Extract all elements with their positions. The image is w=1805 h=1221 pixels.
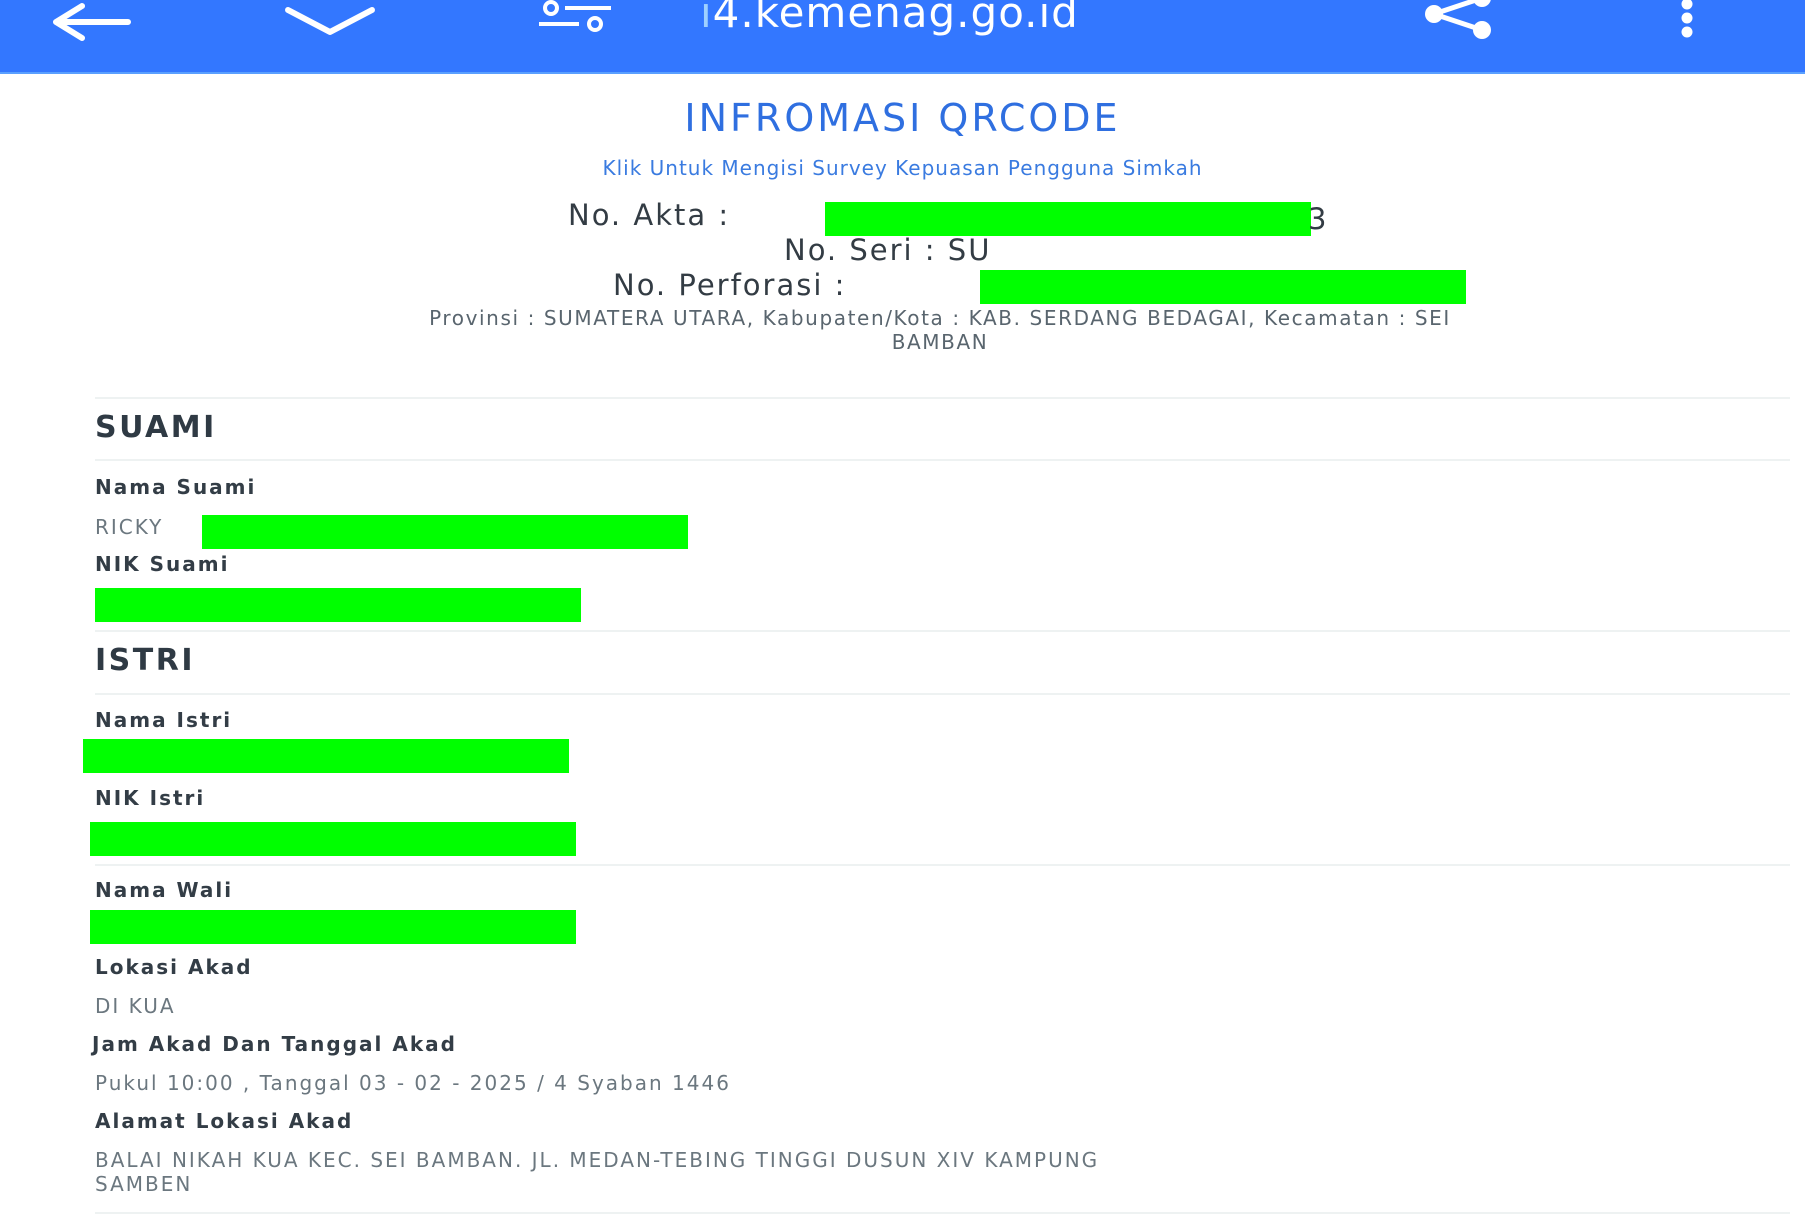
alamat-akad-value: BALAI NIKAH KUA KEC. SEI BAMBAN. JL. MED… xyxy=(95,1148,1099,1196)
nik-istri-redacted xyxy=(90,822,576,856)
url-faded-prefix: ı xyxy=(700,0,713,37)
page-title: INFROMASI QRCODE xyxy=(0,96,1805,140)
no-akta-redacted xyxy=(825,202,1311,236)
divider xyxy=(95,1212,1790,1214)
jam-tanggal-label: Jam Akad Dan Tanggal Akad xyxy=(92,1032,457,1056)
tune-icon[interactable] xyxy=(535,0,615,32)
no-perforasi-redacted xyxy=(980,270,1466,304)
divider xyxy=(95,693,1790,695)
no-perforasi-label: No. Perforasi : xyxy=(613,268,846,302)
lokasi-akad-value: DI KUA xyxy=(95,994,176,1018)
divider xyxy=(95,397,1790,399)
alamat-line-1: BALAI NIKAH KUA KEC. SEI BAMBAN. JL. MED… xyxy=(95,1148,1099,1172)
url-bar[interactable]: ı4.kemenag.go.id xyxy=(700,0,1079,38)
region-line-1: Provinsi : SUMATERA UTARA, Kabupaten/Kot… xyxy=(130,306,1750,330)
nama-wali-label: Nama Wali xyxy=(95,878,233,902)
no-akta-tail: 3 xyxy=(1308,202,1326,236)
region-line-2: BAMBAN xyxy=(130,330,1750,354)
nama-suami-value: RICKY xyxy=(95,515,163,539)
region-info: Provinsi : SUMATERA UTARA, Kabupaten/Kot… xyxy=(130,306,1750,354)
url-text: 4.kemenag.go.id xyxy=(713,0,1079,37)
section-istri-title: ISTRI xyxy=(95,643,195,678)
divider xyxy=(95,864,1790,866)
alamat-line-2: SAMBEN xyxy=(95,1172,1099,1196)
divider xyxy=(95,459,1790,461)
survey-link[interactable]: Klik Untuk Mengisi Survey Kepuasan Pengg… xyxy=(0,156,1805,180)
alamat-akad-label: Alamat Lokasi Akad xyxy=(95,1109,353,1133)
nik-istri-label: NIK Istri xyxy=(95,786,205,810)
browser-toolbar: ı4.kemenag.go.id xyxy=(0,0,1805,74)
nik-suami-redacted xyxy=(95,588,581,622)
nik-suami-label: NIK Suami xyxy=(95,552,229,576)
more-vert-icon[interactable] xyxy=(1672,0,1702,40)
nama-istri-label: Nama Istri xyxy=(95,708,232,732)
no-seri: No. Seri : SU xyxy=(784,233,991,267)
nama-suami-label: Nama Suami xyxy=(95,475,256,499)
chevron-down-icon[interactable] xyxy=(282,4,378,38)
section-suami-title: SUAMI xyxy=(95,410,217,445)
no-akta-label: No. Akta : xyxy=(568,198,730,232)
divider xyxy=(95,630,1790,632)
jam-tanggal-value: Pukul 10:00 , Tanggal 03 - 02 - 2025 / 4… xyxy=(95,1071,731,1095)
back-arrow-icon[interactable] xyxy=(42,2,132,42)
nama-suami-redacted xyxy=(202,515,688,549)
share-icon[interactable] xyxy=(1420,0,1500,40)
lokasi-akad-label: Lokasi Akad xyxy=(95,955,253,979)
nama-wali-redacted xyxy=(90,910,576,944)
nama-istri-redacted xyxy=(83,739,569,773)
